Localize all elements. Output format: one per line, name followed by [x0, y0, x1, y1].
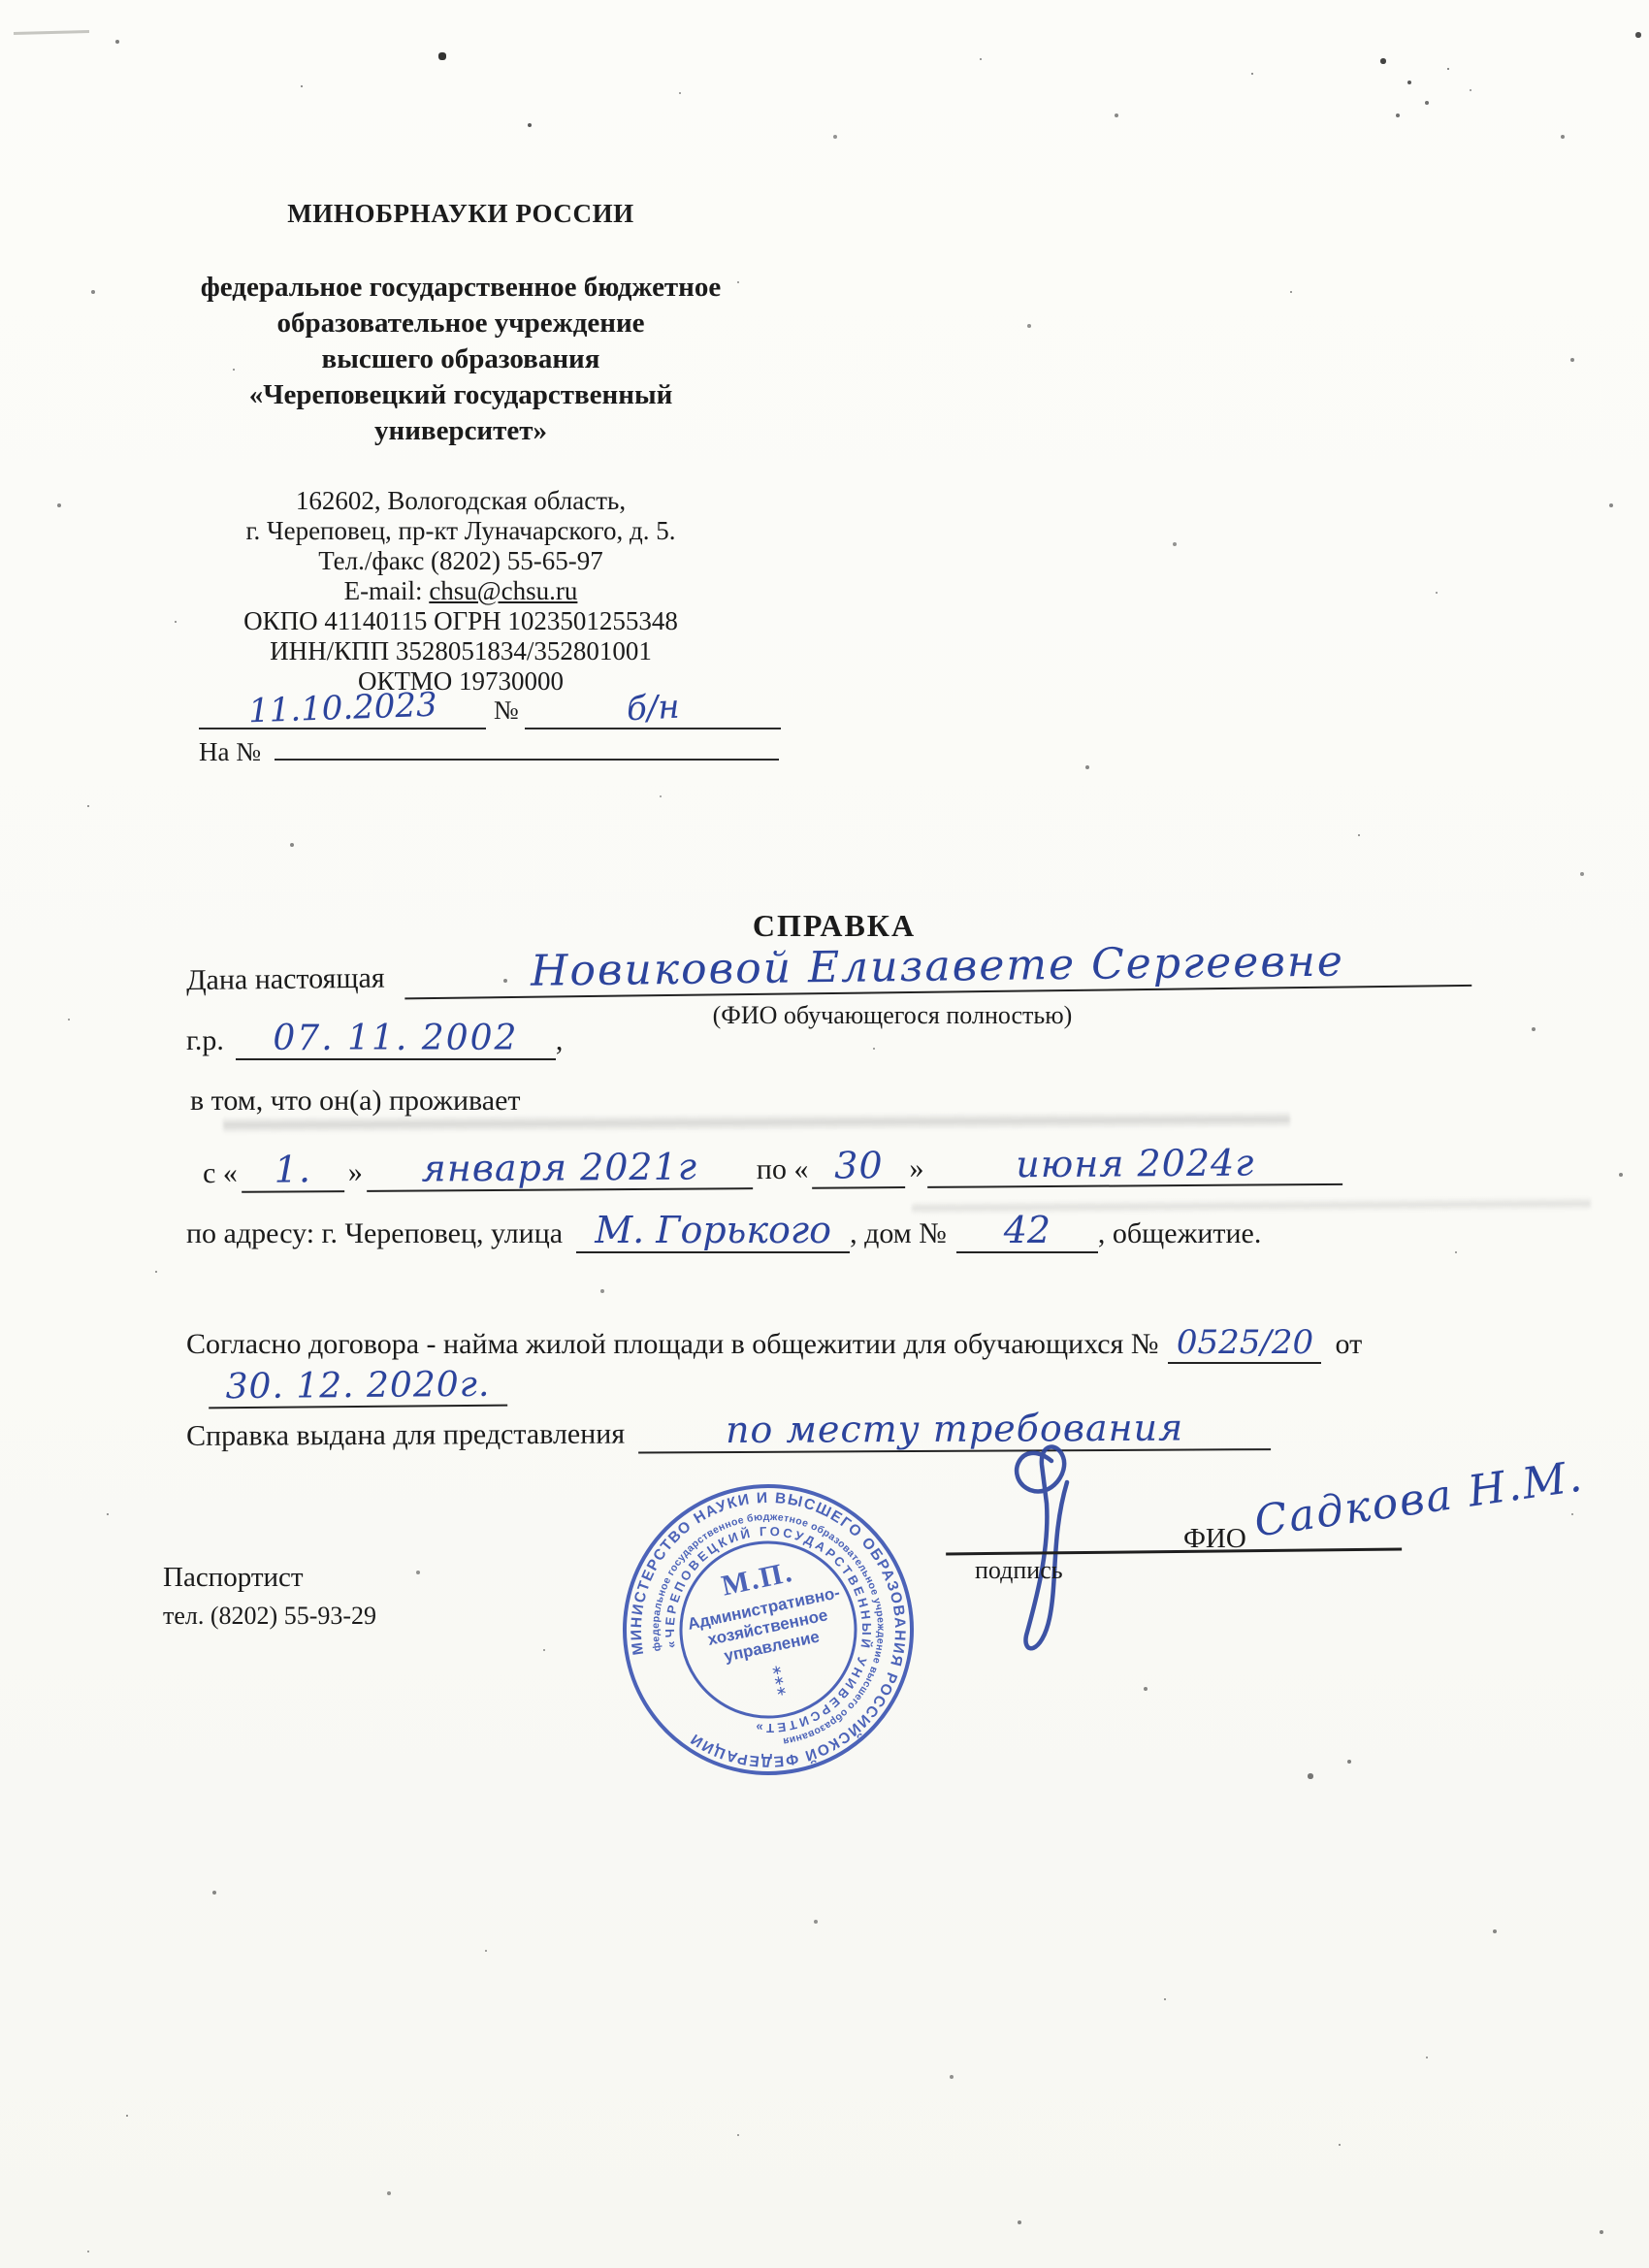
address-row: по адресу: г. Череповец, улица М. Горько… — [186, 1209, 1261, 1253]
to-day-handwritten: 30 — [834, 1144, 884, 1186]
issued-to-label: Дана настоящая — [186, 962, 385, 997]
quote-close: » — [348, 1156, 363, 1189]
email-address: chsu@chsu.ru — [429, 576, 577, 605]
email-label: E-mail: — [344, 576, 423, 605]
contacts-block: 162602, Вологодская область, г. Черепове… — [145, 486, 776, 697]
from-label: с « — [203, 1157, 238, 1190]
registration-row: 11.10.2023 № б/н — [199, 689, 781, 729]
purpose-field: по месту требования — [638, 1406, 1271, 1453]
house-label: , дом № — [850, 1217, 947, 1250]
contract-date-handwritten: 30. 12. 2020г. — [225, 1365, 490, 1407]
student-name-handwritten: Новиковой Елизавете Сергеевне — [531, 937, 1344, 996]
contract-from-label: от — [1335, 1328, 1362, 1361]
reply-to-row: На № — [199, 733, 779, 767]
scanned-certificate-page: МИНОБРНАУКИ РОССИИ федеральное государст… — [0, 0, 1649, 2268]
to-month-year-handwritten: июня 2024г — [1016, 1142, 1254, 1186]
contract-label: Согласно договора - найма жилой площади … — [186, 1328, 1158, 1361]
ministry-name: МИНОБРНАУКИ РОССИИ — [145, 199, 776, 229]
number-sign: № — [494, 696, 519, 726]
contract-date-field: 30. 12. 2020г. — [209, 1365, 507, 1409]
birth-date-field: 07. 11. 2002 — [236, 1019, 556, 1060]
document-number-handwritten: б/н — [626, 688, 681, 729]
inn-kpp-line: ИНН/КПП 3528051834/352801001 — [145, 636, 776, 666]
scan-noise-specks — [0, 0, 2, 2]
scan-edge-artifact — [14, 30, 89, 35]
house-number-handwritten: 42 — [1004, 1209, 1051, 1251]
fio-handwritten: Садкова Н.М. — [1251, 1451, 1587, 1546]
address-label: по адресу: г. Череповец, улица — [186, 1217, 563, 1250]
email-line: E-mail: chsu@chsu.ru — [145, 576, 776, 606]
phone-fax-line: Тел./факс (8202) 55-65-97 — [145, 546, 776, 576]
organization-name: федеральное государственное бюджетное об… — [145, 270, 776, 449]
to-label: по « — [757, 1153, 809, 1186]
reply-to-label: На № — [199, 737, 261, 767]
issuer-title: Паспортист — [163, 1562, 376, 1594]
issuer-phone: тел. (8202) 55-93-29 — [163, 1602, 376, 1631]
to-month-year-field: июня 2024г — [927, 1141, 1342, 1188]
round-stamp: МИНИСТЕРСТВО НАУКИ И ВЫСШЕГО ОБРАЗОВАНИЯ… — [579, 1441, 956, 1818]
quote-close: » — [909, 1152, 923, 1185]
issued-to-row: Дана настоящая Новиковой Елизавете Серге… — [186, 935, 1471, 1002]
signature-caption: подпись — [975, 1556, 1063, 1585]
issuer-block: Паспортист тел. (8202) 55-93-29 — [163, 1562, 376, 1631]
contract-number-field: 0525/20 — [1168, 1323, 1321, 1364]
to-day-field: 30 — [812, 1144, 905, 1189]
resides-row: в том, что он(а) проживает — [190, 1085, 521, 1118]
address-line-1: 162602, Вологодская область, — [145, 486, 776, 516]
from-month-year-field: января 2021г — [367, 1145, 753, 1192]
document-number-field: б/н — [525, 689, 781, 729]
purpose-label: Справка выдана для представления — [186, 1418, 625, 1453]
street-handwritten: М. Горького — [595, 1209, 831, 1251]
dormitory-label: , общежитие. — [1098, 1217, 1261, 1250]
resides-label: в том, что он(а) проживает — [190, 1085, 521, 1118]
street-field: М. Горького — [576, 1209, 850, 1253]
contract-date-row: 30. 12. 2020г. — [209, 1365, 507, 1409]
fio-label: ФИО — [1183, 1523, 1246, 1555]
birth-comma: , — [556, 1024, 564, 1057]
fio-caption: (ФИО обучающегося полностью) — [621, 1001, 1164, 1030]
from-day-handwritten: 1. — [275, 1148, 312, 1190]
address-line-2: г. Череповец, пр-кт Луначарского, д. 5. — [145, 516, 776, 546]
from-day-field: 1. — [242, 1148, 344, 1193]
letterhead: МИНОБРНАУКИ РОССИИ федеральное государст… — [145, 199, 776, 697]
okpo-ogrn-line: ОКПО 41140115 ОГРН 1023501255348 — [145, 606, 776, 636]
birth-date-row: г.р. 07. 11. 2002 , — [186, 1019, 563, 1060]
student-name-field: Новиковой Елизавете Сергеевне — [404, 935, 1471, 999]
house-number-field: 42 — [956, 1209, 1098, 1253]
birth-label: г.р. — [186, 1024, 224, 1057]
document-date-handwritten: 11.10.2023 — [247, 686, 437, 731]
document-date-field: 11.10.2023 — [199, 689, 486, 729]
birth-date-handwritten: 07. 11. 2002 — [273, 1019, 518, 1058]
reply-to-blank-line — [275, 733, 779, 761]
period-row: с « 1. » января 2021г по « 30 » июня 202… — [199, 1141, 1343, 1193]
from-month-year-handwritten: января 2021г — [421, 1146, 697, 1190]
contract-row: Согласно договора - найма жилой площади … — [186, 1323, 1362, 1364]
contract-number-handwritten: 0525/20 — [1177, 1323, 1313, 1362]
